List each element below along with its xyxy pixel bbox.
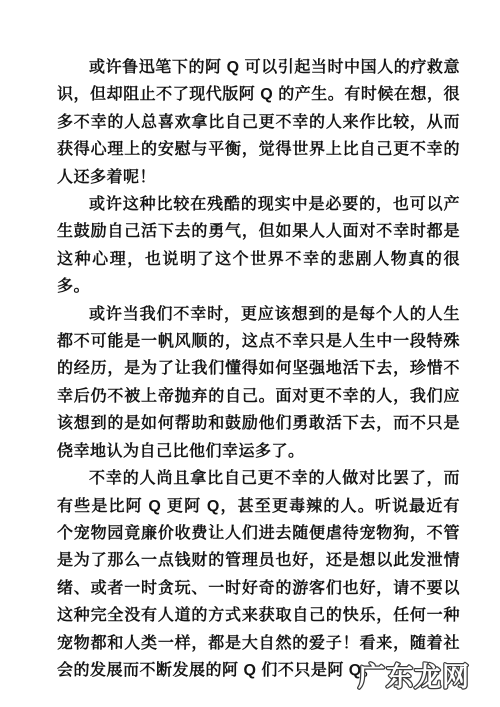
watermark-text: 广东龙网 bbox=[358, 662, 470, 692]
paragraph: 或许当我们不幸时，更应该想到的是每个人的人生都不可能是一帆风顺的，这点不幸只是人… bbox=[57, 301, 460, 465]
paragraph: 或许鲁迅笔下的阿 Q 可以引起当时中国人的疗救意识，但却阻止不了现代版阿 Q 的… bbox=[57, 54, 460, 191]
watermark-logo: 广东龙网 bbox=[356, 654, 488, 698]
document-page: 或许鲁迅笔下的阿 Q 可以引起当时中国人的疗救意识，但却阻止不了现代版阿 Q 的… bbox=[0, 0, 500, 707]
paragraph: 不幸的人尚且拿比自己更不幸的人做对比罢了，而有些是比阿 Q 更阿 Q，甚至更毒辣… bbox=[57, 465, 460, 684]
paragraph: 或许这种比较在残酷的现实中是必要的，也可以产生鼓励自己活下去的勇气，但如果人人面… bbox=[57, 191, 460, 301]
essay-body: 或许鲁迅笔下的阿 Q 可以引起当时中国人的疗救意识，但却阻止不了现代版阿 Q 的… bbox=[57, 54, 460, 684]
